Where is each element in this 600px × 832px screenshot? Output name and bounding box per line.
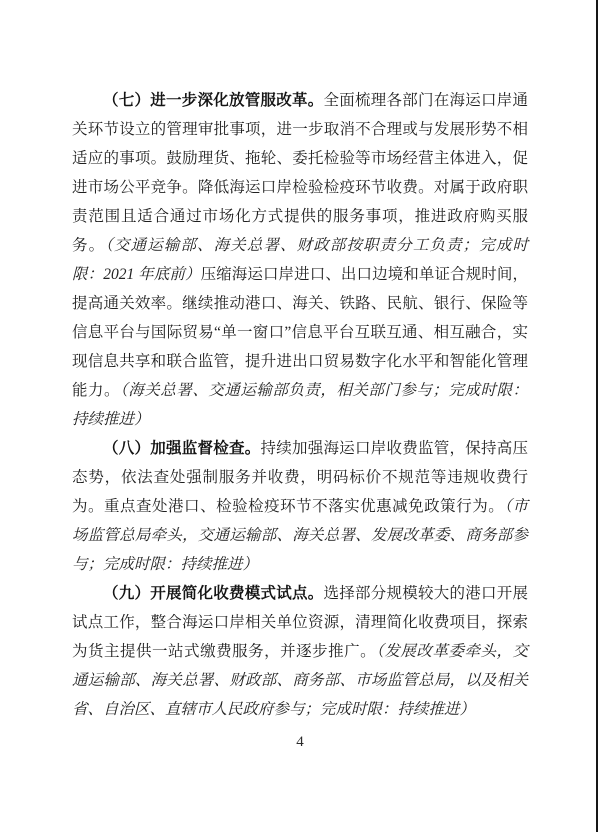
- paragraph-heading: （七）进一步深化放管服改革。: [103, 92, 323, 109]
- paragraph-heading: （九）开展简化收费模式试点。: [103, 585, 323, 602]
- paragraph-heading: （八）加强监督检查。: [103, 440, 261, 457]
- document-page: （七）进一步深化放管服改革。全面梳理各部门在海运口岸通关环节设立的管理审批事项，…: [0, 0, 600, 832]
- paragraph: （七）进一步深化放管服改革。全面梳理各部门在海运口岸通关环节设立的管理审批事项，…: [72, 86, 528, 434]
- page-number: 4: [0, 734, 600, 751]
- document-body: （七）进一步深化放管服改革。全面梳理各部门在海运口岸通关环节设立的管理审批事项，…: [72, 86, 528, 724]
- scan-edge-line: [596, 0, 598, 832]
- responsibility-annotation: （海关总署、交通运输部负责，相关部门参与；完成时限：持续推进）: [72, 382, 528, 428]
- paragraph-text: 压缩海运口岸进口、出口边境和单证合规时间，提高通关效率。继续推动港口、海关、铁路…: [72, 266, 528, 399]
- paragraph: （九）开展简化收费模式试点。选择部分规模较大的港口开展试点工作，整合海运口岸相关…: [72, 579, 528, 724]
- paragraph-text: 全面梳理各部门在海运口岸通关环节设立的管理审批事项，进一步取消不合理或与发展形势…: [72, 92, 528, 254]
- paragraph: （八）加强监督检查。持续加强海运口岸收费监管，保持高压态势，依法查处强制服务并收…: [72, 434, 528, 579]
